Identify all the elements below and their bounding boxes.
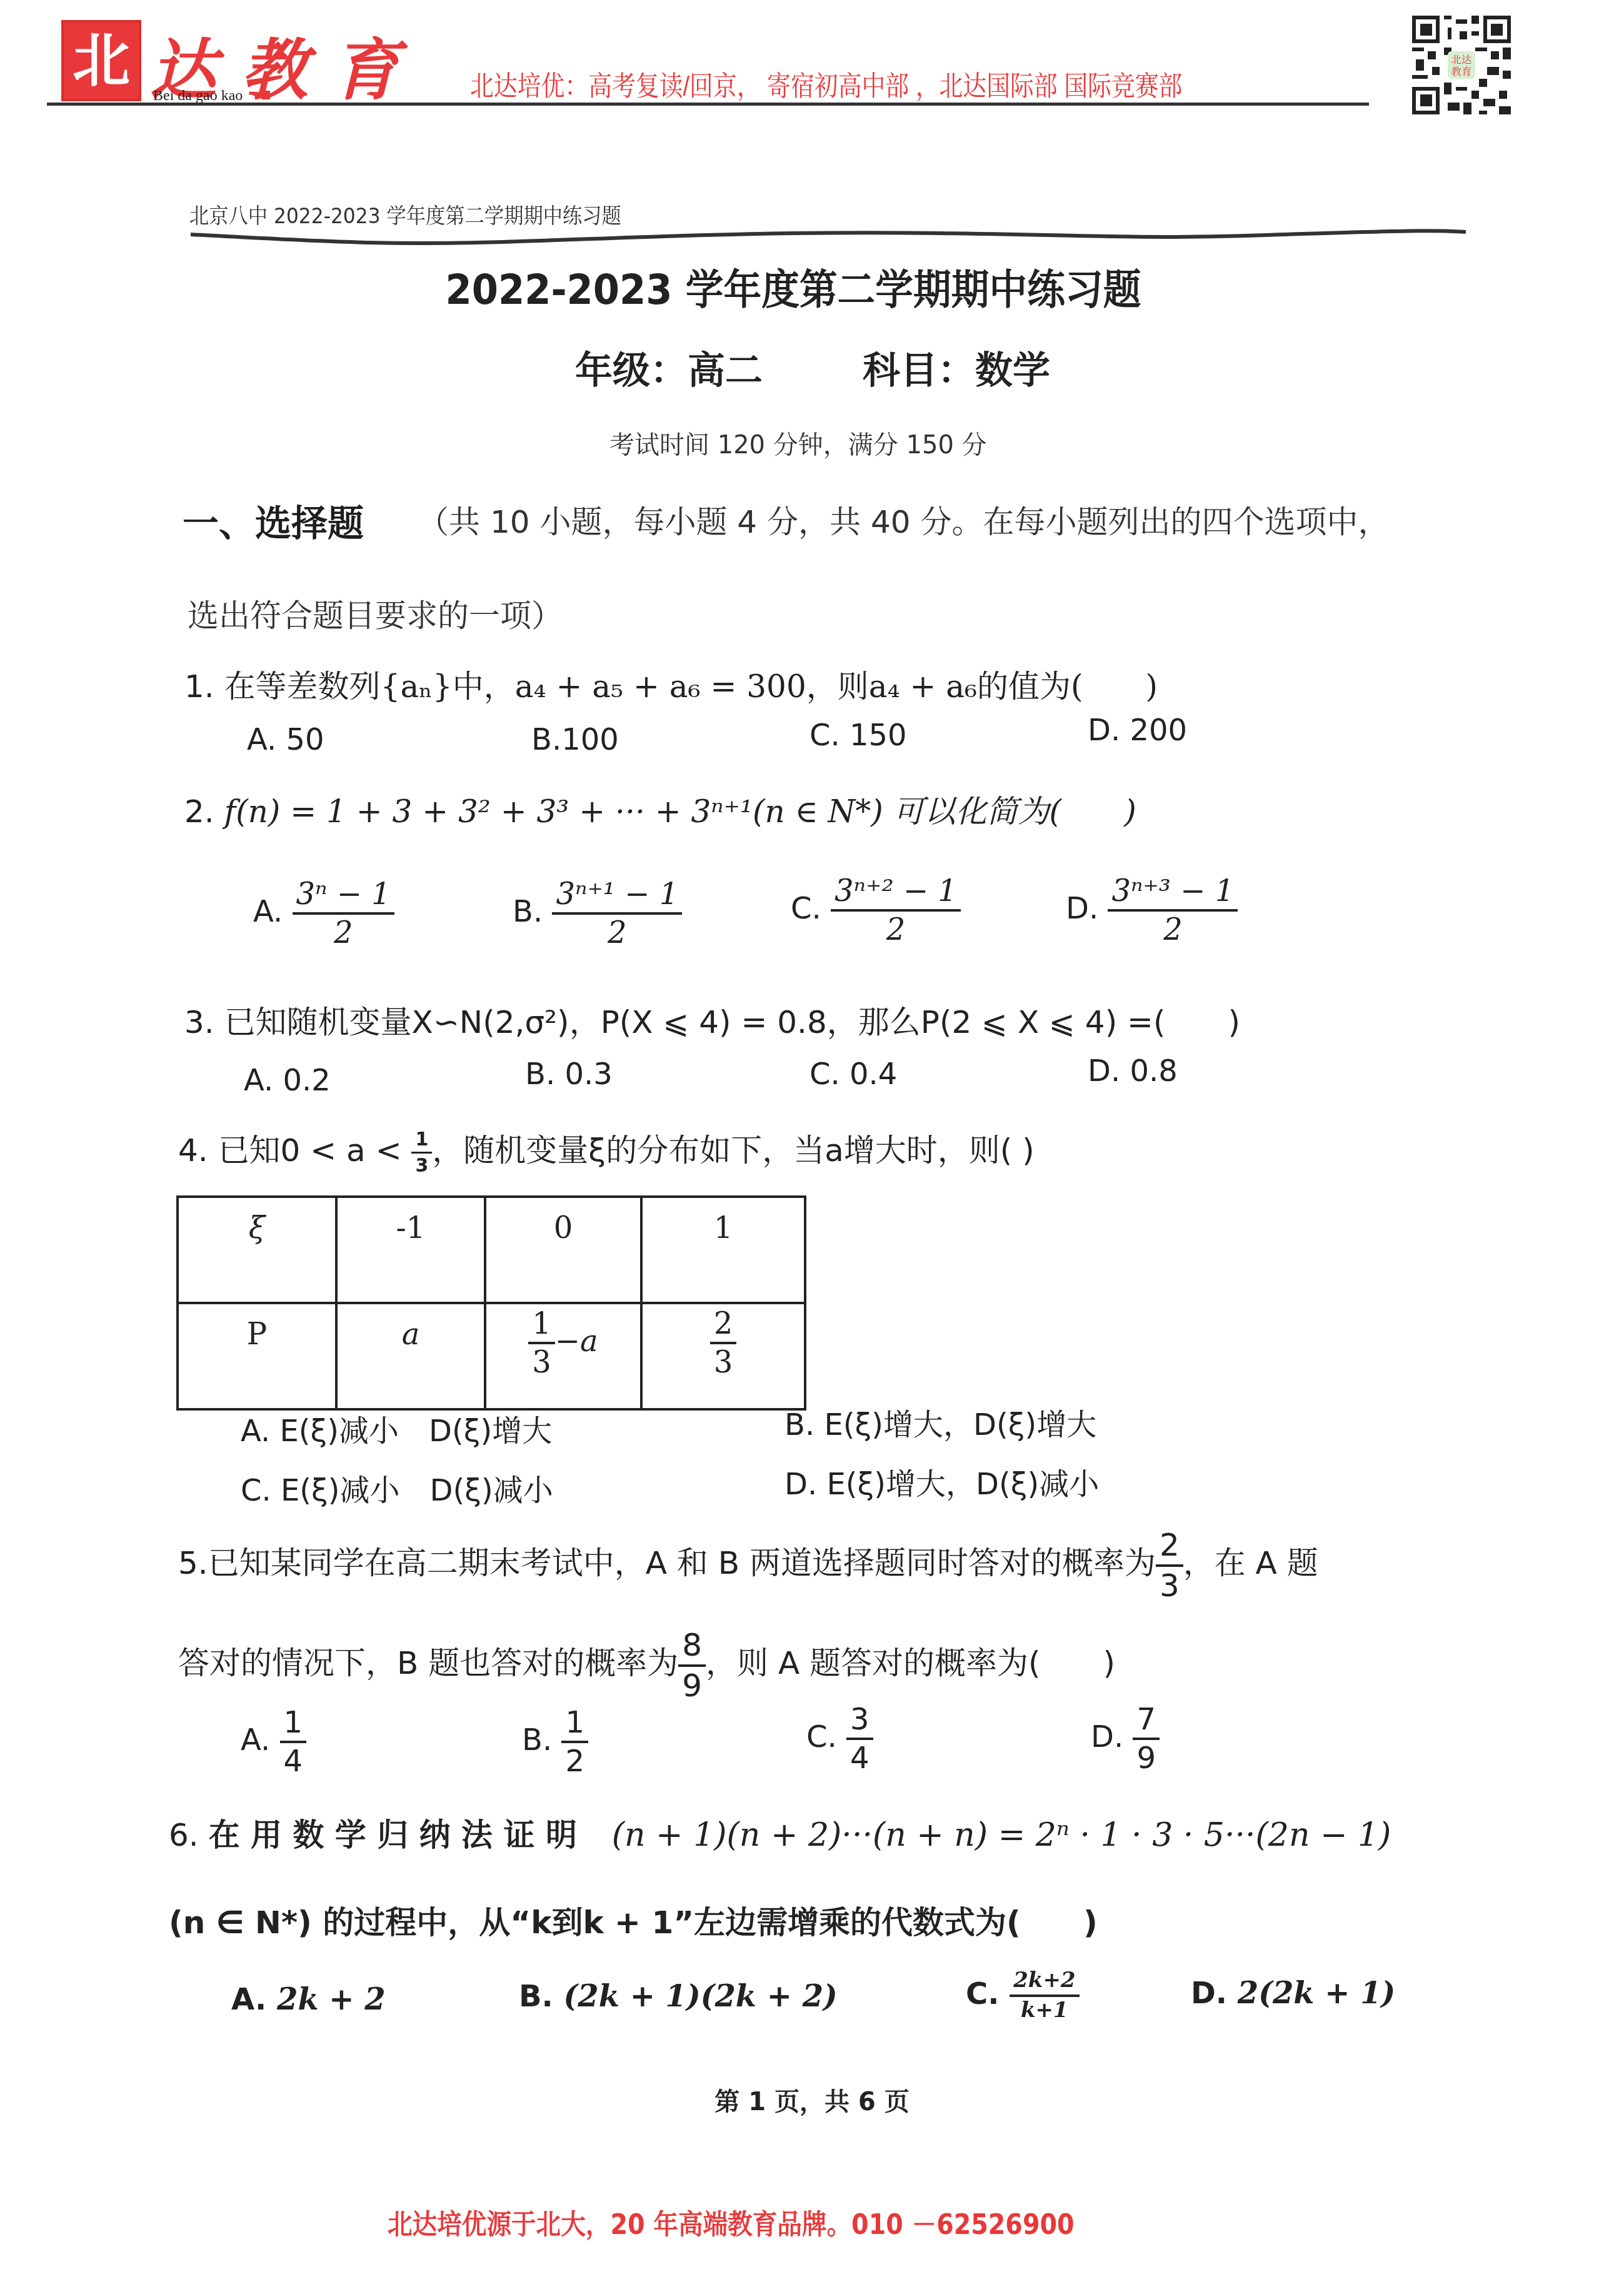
table-cell: 13−a xyxy=(485,1303,641,1409)
table-cell: 23 xyxy=(641,1303,805,1409)
q3-option-b[interactable]: B. 0.3 xyxy=(525,1057,613,1092)
question-3: 3. 已知随机变量X∽N(2,σ²)，P(X ⩽ 4) = 0.8，那么P(2 … xyxy=(184,997,1240,1042)
fraction: 79 xyxy=(1133,1704,1160,1774)
q2-option-b[interactable]: B. 3ⁿ⁺¹ − 12 xyxy=(513,878,682,949)
q3-option-d[interactable]: D. 0.8 xyxy=(1088,1054,1178,1089)
q4-option-d[interactable]: D. E(ξ)增大，D(ξ)减小 xyxy=(784,1460,1099,1503)
section-note-line2: 选出符合题目要求的一项） xyxy=(188,591,563,636)
fraction: 13 xyxy=(411,1130,432,1176)
q5-option-c[interactable]: C. 34 xyxy=(806,1704,873,1774)
question-5-line1: 5.已知某同学在高二期末考试中，A 和 B 两道选择题同时答对的概率为23，在 … xyxy=(178,1529,1318,1602)
q6-option-c[interactable]: C. 2k+2k+1 xyxy=(966,1970,1080,2021)
question-stem: 已知随机变量X∽N(2,σ²)，P(X ⩽ 4) = 0.8，那么P(2 ⩽ X… xyxy=(224,1004,1240,1040)
q6-option-a[interactable]: A. 2k + 2 xyxy=(231,1982,386,2017)
page-title: 2022-2023 学年度第二学期期中练习题 xyxy=(0,256,1624,316)
q6-option-d[interactable]: D. 2(2k + 1) xyxy=(1191,1976,1395,2011)
table-cell: ξ xyxy=(178,1197,336,1303)
wavy-divider xyxy=(191,222,1466,247)
subject-label: 科目：数学 xyxy=(863,341,1050,395)
distribution-table: ξ -1 0 1 P a 13−a 23 xyxy=(176,1195,806,1411)
table-cell: 0 xyxy=(485,1197,641,1303)
table-cell: -1 xyxy=(336,1197,485,1303)
section-note-line1: （共 10 小题，每小题 4 分，共 40 分。在每小题列出的四个选项中， xyxy=(418,497,1389,542)
fraction: 3ⁿ⁺² − 12 xyxy=(831,875,961,946)
exam-info: 考试时间 120 分钟，满分 150 分 xyxy=(609,425,987,461)
fraction: 23 xyxy=(1156,1529,1183,1602)
q1-option-a[interactable]: A. 50 xyxy=(247,722,324,757)
q5-option-d[interactable]: D. 79 xyxy=(1091,1704,1160,1774)
question-number: 5. xyxy=(178,1545,208,1581)
question-5-line2: 答对的情况下，B 题也答对的概率为89，则 A 题答对的概率为( ) xyxy=(178,1629,1115,1702)
question-stem: 在等差数列{aₙ}中，a₄ + a₅ + a₆ = 300，则a₄ + a₆的值… xyxy=(224,668,1158,705)
fraction: 89 xyxy=(678,1629,706,1702)
question-number: 4. xyxy=(178,1132,208,1169)
page-indicator: 第 1 页，共 6 页 xyxy=(0,2082,1624,2118)
fraction: 3ⁿ − 12 xyxy=(293,878,394,949)
logo-seal-char: 北 xyxy=(73,32,130,89)
fraction: 13 xyxy=(528,1308,555,1379)
q2-option-d[interactable]: D. 3ⁿ⁺³ − 12 xyxy=(1066,875,1238,946)
q1-option-b[interactable]: B.100 xyxy=(531,722,619,757)
q2-option-a[interactable]: A. 3ⁿ − 12 xyxy=(253,878,394,949)
question-number: 1. xyxy=(184,668,214,705)
fraction: 2k+2k+1 xyxy=(1010,1970,1079,2021)
footer-advert: 北达培优源于北大，20 年高端教育品牌。010 －62526900 xyxy=(388,2202,1075,2242)
table-cell: a xyxy=(336,1303,485,1409)
q5-option-a[interactable]: A. 14 xyxy=(241,1707,306,1778)
logo-square-icon xyxy=(261,91,270,99)
q4-option-b[interactable]: B. E(ξ)增大，D(ξ)增大 xyxy=(784,1401,1096,1444)
section-heading: 一、选择题 xyxy=(183,494,364,546)
grade-label: 年级：高二 xyxy=(575,341,763,395)
question-stem: f(n) = 1 + 3 + 3² + 3³ + ··· + 3ⁿ⁺¹(n ∈ … xyxy=(224,793,1136,830)
q4-option-c[interactable]: C. E(ξ)减小 D(ξ)减小 xyxy=(241,1466,553,1509)
q4-option-a[interactable]: A. E(ξ)减小 D(ξ)增大 xyxy=(241,1407,552,1450)
table-cell: P xyxy=(178,1303,336,1409)
fraction: 3ⁿ⁺³ − 12 xyxy=(1108,875,1238,946)
question-number: 3. xyxy=(184,1004,214,1040)
question-4: 4. 已知0 < a < 13，随机变量ξ的分布如下，当a增大时，则( ) xyxy=(178,1125,1035,1176)
question-2: 2. f(n) = 1 + 3 + 3² + 3³ + ··· + 3ⁿ⁺¹(n… xyxy=(184,787,1136,832)
logo-subtitle: Bei da gao kao xyxy=(153,88,243,104)
q2-option-c[interactable]: C. 3ⁿ⁺² − 12 xyxy=(791,875,961,946)
q6-option-b[interactable]: B. (2k + 1)(2k + 2) xyxy=(519,1979,838,2014)
table-cell: 1 xyxy=(641,1197,805,1303)
fraction: 3ⁿ⁺¹ − 12 xyxy=(552,878,682,949)
q1-option-c[interactable]: C. 150 xyxy=(809,718,907,753)
fraction: 14 xyxy=(280,1707,307,1778)
q1-option-d[interactable]: D. 200 xyxy=(1088,713,1187,748)
question-1: 1. 在等差数列{aₙ}中，a₄ + a₅ + a₆ = 300，则a₄ + a… xyxy=(184,662,1158,707)
table-row: ξ -1 0 1 xyxy=(178,1197,805,1303)
question-number: 6. xyxy=(169,1817,199,1853)
fraction: 12 xyxy=(561,1707,588,1778)
qr-code-icon: 北达 教育 xyxy=(1408,16,1515,114)
q3-option-a[interactable]: A. 0.2 xyxy=(244,1063,331,1098)
question-number: 2. xyxy=(184,793,214,830)
fraction: 23 xyxy=(710,1308,737,1379)
header-tagline: 北达培优：高考复读/回京， 寄宿初高中部 ，北达国际部 国际竞赛部 xyxy=(470,64,1182,104)
q3-option-c[interactable]: C. 0.4 xyxy=(809,1057,897,1092)
logo-seal: 北 xyxy=(61,20,141,101)
fraction: 34 xyxy=(846,1704,873,1774)
question-6-line2: (n ∈ N*) 的过程中，从“k到k + 1”左边需增乘的代数式为( ) xyxy=(169,1898,1098,1943)
q5-option-b[interactable]: B. 12 xyxy=(522,1707,588,1778)
header-divider xyxy=(47,103,1369,106)
qr-center-text: 北达 xyxy=(1451,54,1472,66)
question-6-line1: 6. 在 用 数 学 归 纳 法 证 明 (n + 1)(n + 2)···(n… xyxy=(169,1810,1391,1855)
svg-text:教育: 教育 xyxy=(1451,66,1472,78)
table-row: P a 13−a 23 xyxy=(178,1303,805,1409)
